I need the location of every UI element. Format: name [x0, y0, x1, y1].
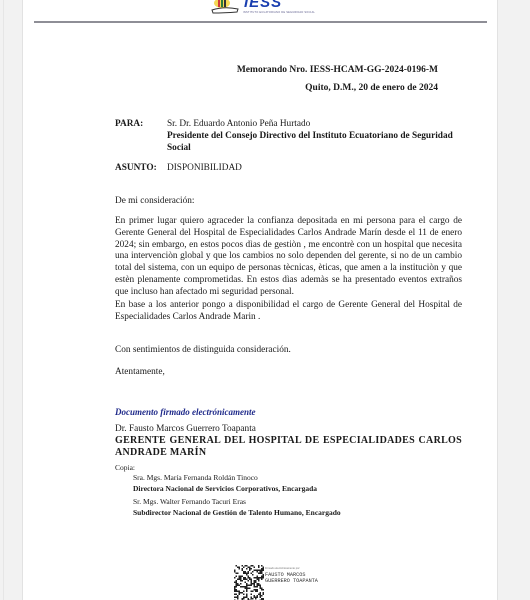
- para-label: PARA:: [115, 118, 143, 130]
- copia-label: Copia:: [115, 463, 135, 472]
- qr-caption: Firmado electrónicamente por:: [265, 567, 300, 570]
- qr-code-icon: [234, 565, 264, 600]
- document-page: IESS INSTITUTO ECUATORIANO DE SEGURIDAD …: [23, 0, 497, 600]
- para-recipient-name: Sr. Dr. Eduardo Antonio Peña Hurtado: [167, 118, 467, 130]
- asunto-value: DISPONIBILIDAD: [167, 162, 467, 174]
- logo-wordmark: IESS: [244, 0, 282, 9]
- header-divider: [34, 21, 487, 23]
- cc-recipient: Sr. Mgs. Walter Fernando Tacuri Eras Sub…: [133, 497, 341, 518]
- signer-title: GERENTE GENERAL DEL HOSPITAL DE ESPECIAL…: [115, 435, 462, 458]
- greeting: De mi consideración:: [115, 196, 462, 208]
- asunto-label: ASUNTO:: [115, 162, 157, 174]
- signer-name: Dr. Fausto Marcos Guerrero Toapanta: [115, 424, 256, 434]
- electronic-signature-note: Documento firmado electrónicamente: [115, 407, 255, 417]
- iess-logo: IESS INSTITUTO ECUATORIANO DE SEGURIDAD …: [210, 0, 338, 16]
- cc-title: Directora Nacional de Servicios Corporat…: [133, 484, 317, 495]
- logo-subtitle: INSTITUTO ECUATORIANO DE SEGURIDAD SOCIA…: [243, 11, 315, 14]
- qr-signer-line-2: GUERRERO TOAPANTA: [265, 578, 318, 584]
- cc-name: Sr. Mgs. Walter Fernando Tacuri Eras: [133, 497, 341, 508]
- sign-off: Atentamente,: [115, 367, 462, 379]
- viewer-right-scrollbar-area[interactable]: [497, 0, 530, 600]
- cc-recipient: Sra. Mgs. María Fernanda Roldán Tinoco D…: [133, 473, 317, 494]
- memo-number: Memorando Nro. IESS-HCAM-GG-2024-0196-M: [237, 65, 438, 75]
- body-paragraph-2: En base a los anterior pongo a disponibi…: [115, 300, 462, 324]
- closing-line: Con sentimientos de distinguida consider…: [115, 345, 462, 357]
- body-paragraph-1: En primer lugar quiero agraceder la conf…: [115, 216, 462, 299]
- viewer-left-gutter: [0, 0, 23, 600]
- cc-name: Sra. Mgs. María Fernanda Roldán Tinoco: [133, 473, 317, 484]
- iess-emblem-icon: [210, 0, 240, 14]
- para-recipient-title: Presidente del Consejo Directivo del Ins…: [167, 130, 467, 154]
- qr-signer-name: FAUSTO MARCOS GUERRERO TOAPANTA: [265, 572, 318, 584]
- asunto-section: ASUNTO: DISPONIBILIDAD: [115, 162, 465, 176]
- para-section: PARA: Sr. Dr. Eduardo Antonio Peña Hurta…: [115, 118, 465, 158]
- memo-date: Quito, D.M., 20 de enero de 2024: [305, 83, 438, 93]
- cc-title: Subdirector Nacional de Gestión de Talen…: [133, 508, 341, 519]
